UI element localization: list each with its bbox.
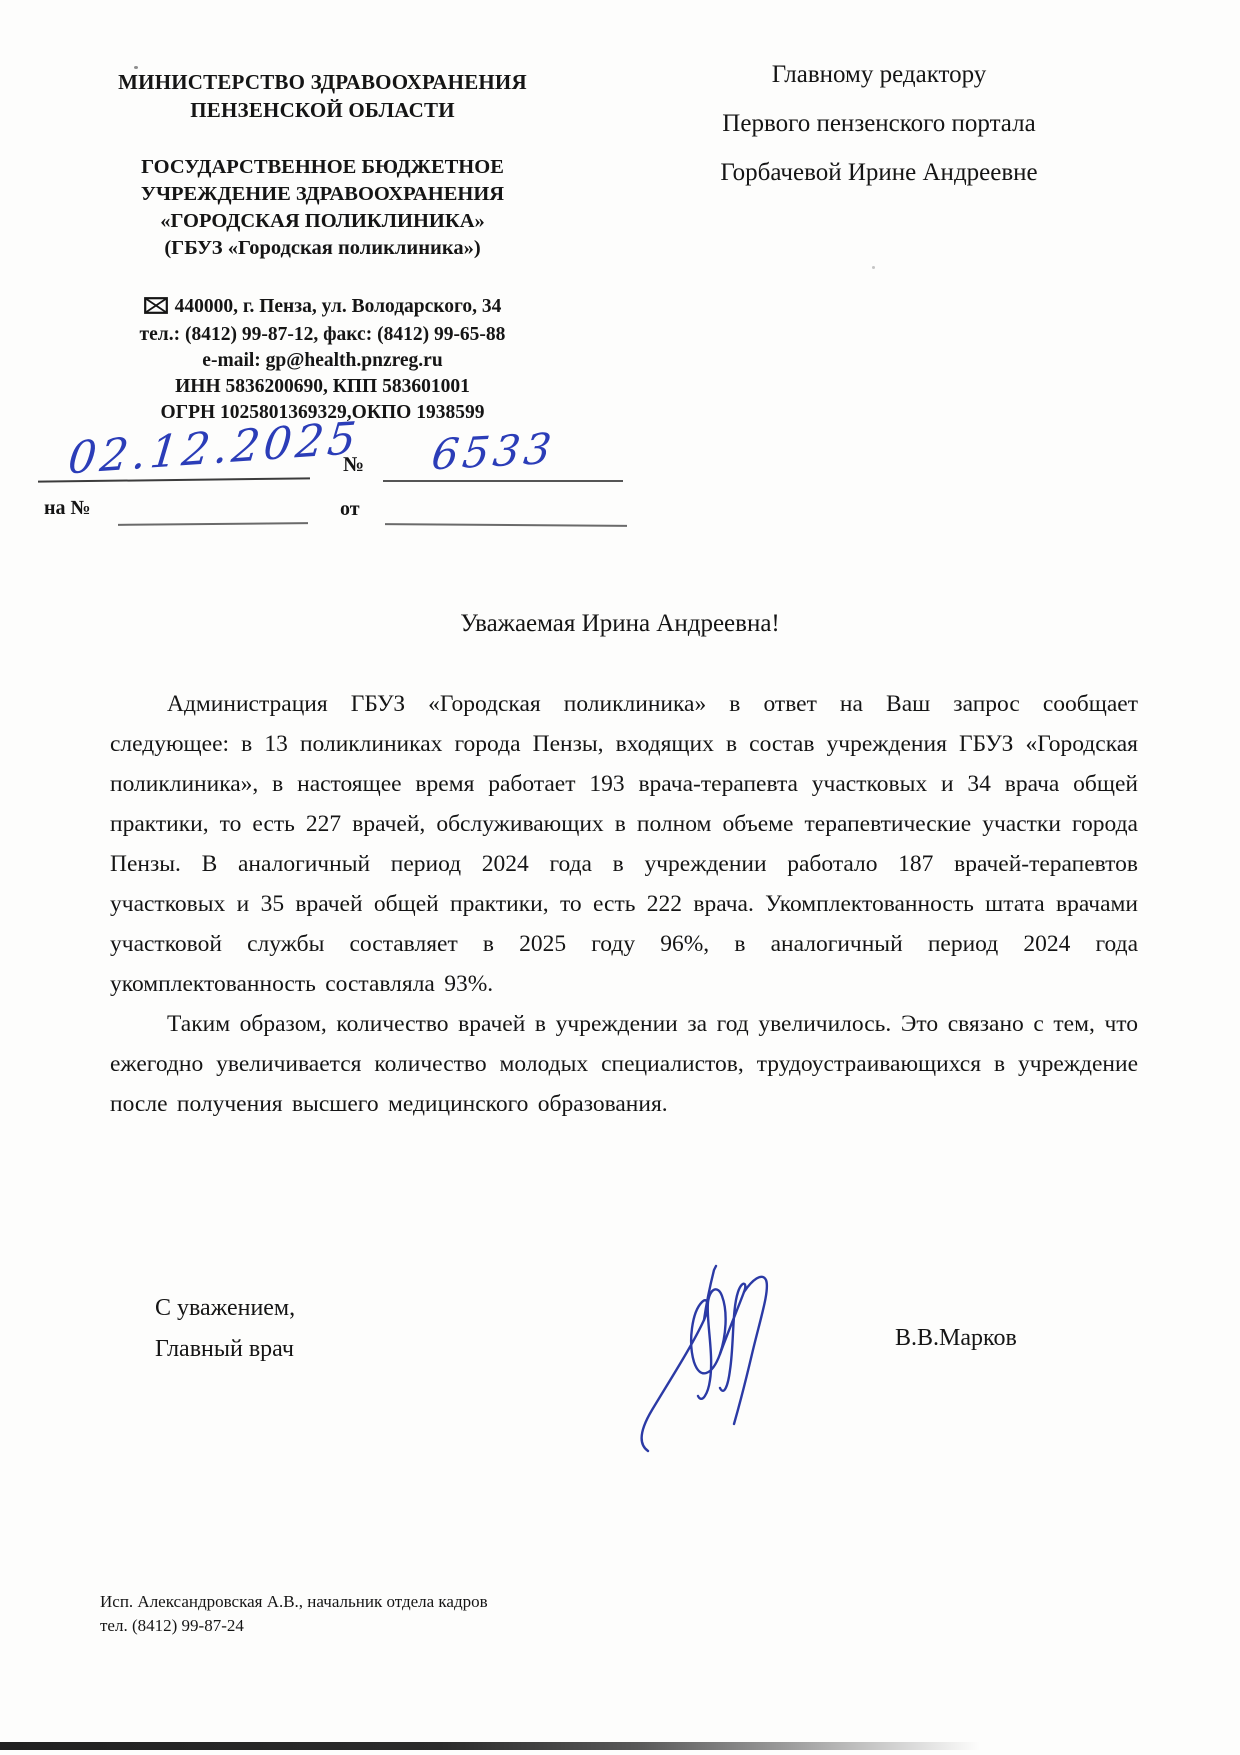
email-line: e-mail: gp@health.pnzreg.ru	[70, 348, 575, 374]
reply-date-underline	[385, 523, 627, 527]
executor-block: Исп. Александровская А.В., начальник отд…	[100, 1590, 488, 1638]
address-line: 440000, г. Пенза, ул. Володарского, 34	[70, 294, 575, 322]
signer-name: В.В.Марков	[895, 1325, 1017, 1352]
reply-to-number-label: на №	[44, 497, 91, 520]
paragraph-1: Администрация ГБУЗ «Городская поликлиник…	[110, 684, 1138, 1004]
paragraph-2: Таким образом, количество врачей в учреж…	[110, 1004, 1138, 1124]
salutation: Уважаемая Ирина Андреевна!	[0, 610, 1240, 638]
contact-block: 440000, г. Пенза, ул. Володарского, 34 т…	[70, 294, 575, 426]
letterhead: МИНИСТЕРСТВО ЗДРАВООХРАНЕНИЯ ПЕНЗЕНСКОЙ …	[70, 68, 575, 426]
scan-speck	[872, 266, 875, 269]
addressee-line-3: Горбачевой Ирине Андреевне	[638, 148, 1120, 197]
scan-speck	[134, 66, 138, 69]
addressee-line-2: Первого пензенского портала	[638, 99, 1120, 148]
org-line-4: (ГБУЗ «Городская поликлиника»)	[70, 235, 575, 262]
scan-edge-bar	[0, 1742, 980, 1750]
address-text: 440000, г. Пенза, ул. Володарского, 34	[175, 296, 502, 317]
addressee-block: Главному редактору Первого пензенского п…	[638, 50, 1120, 197]
reply-number-underline	[118, 522, 308, 526]
ministry-line-1: МИНИСТЕРСТВО ЗДРАВООХРАНЕНИЯ	[70, 68, 575, 96]
addressee-line-1: Главному редактору	[638, 50, 1120, 99]
number-underline	[383, 480, 623, 482]
phone-fax-line: тел.: (8412) 99-87-12, факс: (8412) 99-6…	[70, 322, 575, 348]
organization-name: ГОСУДАРСТВЕННОЕ БЮДЖЕТНОЕ УЧРЕЖДЕНИЕ ЗДР…	[70, 154, 575, 262]
ministry-line-2: ПЕНЗЕНСКОЙ ОБЛАСТИ	[70, 96, 575, 124]
inn-kpp-line: ИНН 5836200690, КПП 583601001	[70, 374, 575, 400]
executor-line: Исп. Александровская А.В., начальник отд…	[100, 1590, 488, 1614]
closing-block: С уважением, Главный врач	[155, 1288, 295, 1370]
org-line-2: УЧРЕЖДЕНИЕ ЗДРАВООХРАНЕНИЯ	[70, 181, 575, 208]
ministry-name: МИНИСТЕРСТВО ЗДРАВООХРАНЕНИЯ ПЕНЗЕНСКОЙ …	[70, 68, 575, 124]
letter-body: Администрация ГБУЗ «Городская поликлиник…	[110, 684, 1138, 1124]
number-sign-label: №	[343, 452, 364, 477]
executor-phone: тел. (8412) 99-87-24	[100, 1614, 488, 1638]
envelope-icon	[144, 296, 168, 322]
reply-from-date-label: от	[340, 498, 360, 521]
closing-line-1: С уважением,	[155, 1288, 295, 1329]
closing-line-2: Главный врач	[155, 1329, 295, 1370]
org-line-1: ГОСУДАРСТВЕННОЕ БЮДЖЕТНОЕ	[70, 154, 575, 181]
handwritten-outgoing-number: 6533	[429, 424, 558, 480]
signature-ink	[630, 1258, 780, 1463]
org-line-3: «ГОРОДСКАЯ ПОЛИКЛИНИКА»	[70, 208, 575, 235]
letter-page: МИНИСТЕРСТВО ЗДРАВООХРАНЕНИЯ ПЕНЗЕНСКОЙ …	[0, 0, 1240, 1755]
